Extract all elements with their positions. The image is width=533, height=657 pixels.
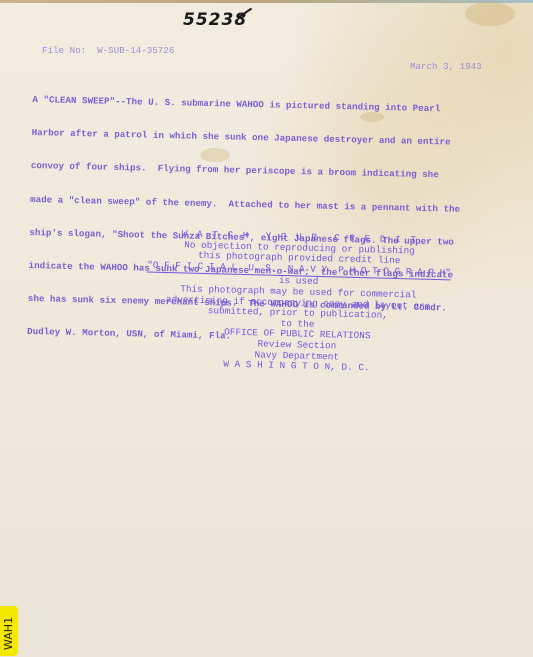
caption-line: convoy of four ships. Flying from her pe… — [31, 160, 461, 181]
caption-line: A "CLEAN SWEEP"--The U. S. submarine WAH… — [32, 94, 462, 115]
stain — [465, 2, 515, 26]
caption-line: made a "clean sweep" of the enemy. Attac… — [30, 194, 460, 215]
caption-line: Harbor after a patrol in which she sunk … — [31, 127, 461, 148]
file-number-value: W-SUB-14-35726 — [97, 45, 174, 56]
handwritten-catalog-number: 55238 — [183, 10, 247, 30]
catalog-number-text: 55238 — [183, 10, 247, 30]
credit-stamp: W A T C H Y O U R C R E D I T No objecti… — [126, 228, 470, 377]
file-number-label: File No: — [42, 45, 86, 56]
archive-tag-label: WAH1 — [2, 617, 15, 650]
archive-tag: WAH1 — [0, 606, 18, 656]
date: March 3, 1943 — [410, 61, 482, 72]
file-number: File No: W-SUB-14-35726 — [42, 45, 174, 56]
page-top-edge — [0, 0, 533, 3]
